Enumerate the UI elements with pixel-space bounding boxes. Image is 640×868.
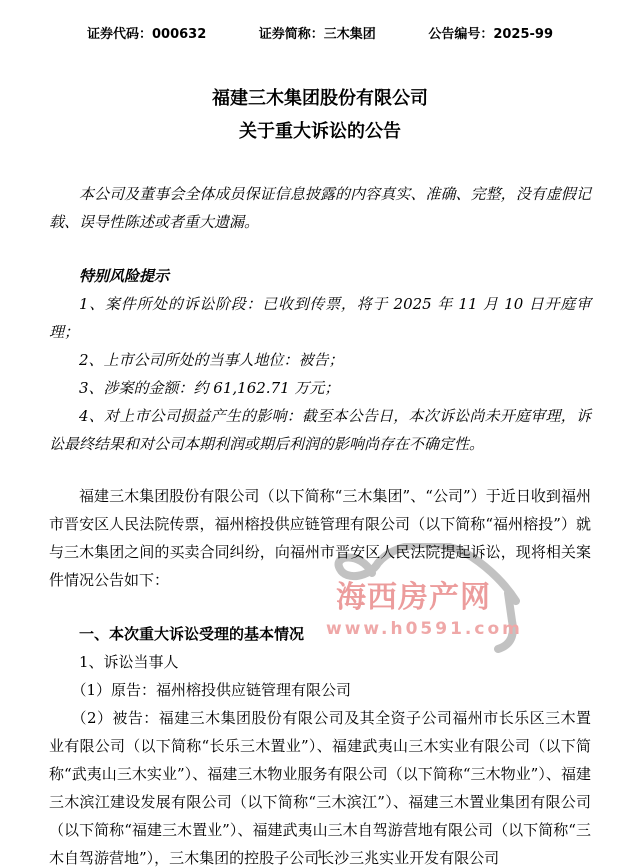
- board-statement: 本公司及董事会全体成员保证信息披露的内容真实、准确、完整，没有虚假记载、误导性陈…: [49, 180, 591, 236]
- stock-abbr-text: 证券简称：三木集团: [259, 26, 376, 44]
- risk-item-3: 3、涉案的金额：约 61,162.71 万元；: [49, 374, 591, 402]
- risk-item-4: 4、对上市公司损益产生的影响：截至本公告日，本次诉讼尚未开庭审理，诉讼最终结果和…: [49, 402, 591, 458]
- defendant-paragraph: （2）被告：福建三木集团股份有限公司及其全资子公司福州市长乐区三木置业有限公司（…: [49, 704, 591, 868]
- document-content: 证券代码：000632 证券简称：三木集团 公告编号：2025-99 福建三木集…: [0, 26, 640, 868]
- litigation-parties-label: 1、诉讼当事人: [49, 648, 591, 676]
- stock-code-text: 证券代码：000632: [87, 26, 206, 44]
- page-number: 1: [0, 848, 640, 862]
- announcement-number-text: 公告编号：2025-99: [428, 26, 553, 44]
- risk-item-2: 2、上市公司所处的当事人地位：被告；: [49, 346, 591, 374]
- section1-heading: 一、本次重大诉讼受理的基本情况: [49, 620, 591, 648]
- risk-heading: 特别风险提示: [49, 262, 591, 290]
- risk-item-1: 1、案件所处的诉讼阶段：已收到传票，将于 2025 年 11 月 10 日开庭审…: [49, 290, 591, 346]
- document-title-line2: 关于重大诉讼的公告: [49, 115, 591, 148]
- plaintiff-line: （1）原告：福州榕投供应链管理有限公司: [49, 676, 591, 704]
- document-title: 福建三木集团股份有限公司 关于重大诉讼的公告: [49, 82, 591, 148]
- document-title-line1: 福建三木集团股份有限公司: [49, 82, 591, 115]
- intro-paragraph: 福建三木集团股份有限公司（以下简称“三木集团”、“公司”）于近日收到福州市晋安区…: [49, 482, 591, 594]
- header-row: 证券代码：000632 证券简称：三木集团 公告编号：2025-99: [87, 26, 553, 44]
- announcement-page: 海西房产网 www.h0591.com 证券代码：000632 证券简称：三木集…: [0, 0, 640, 868]
